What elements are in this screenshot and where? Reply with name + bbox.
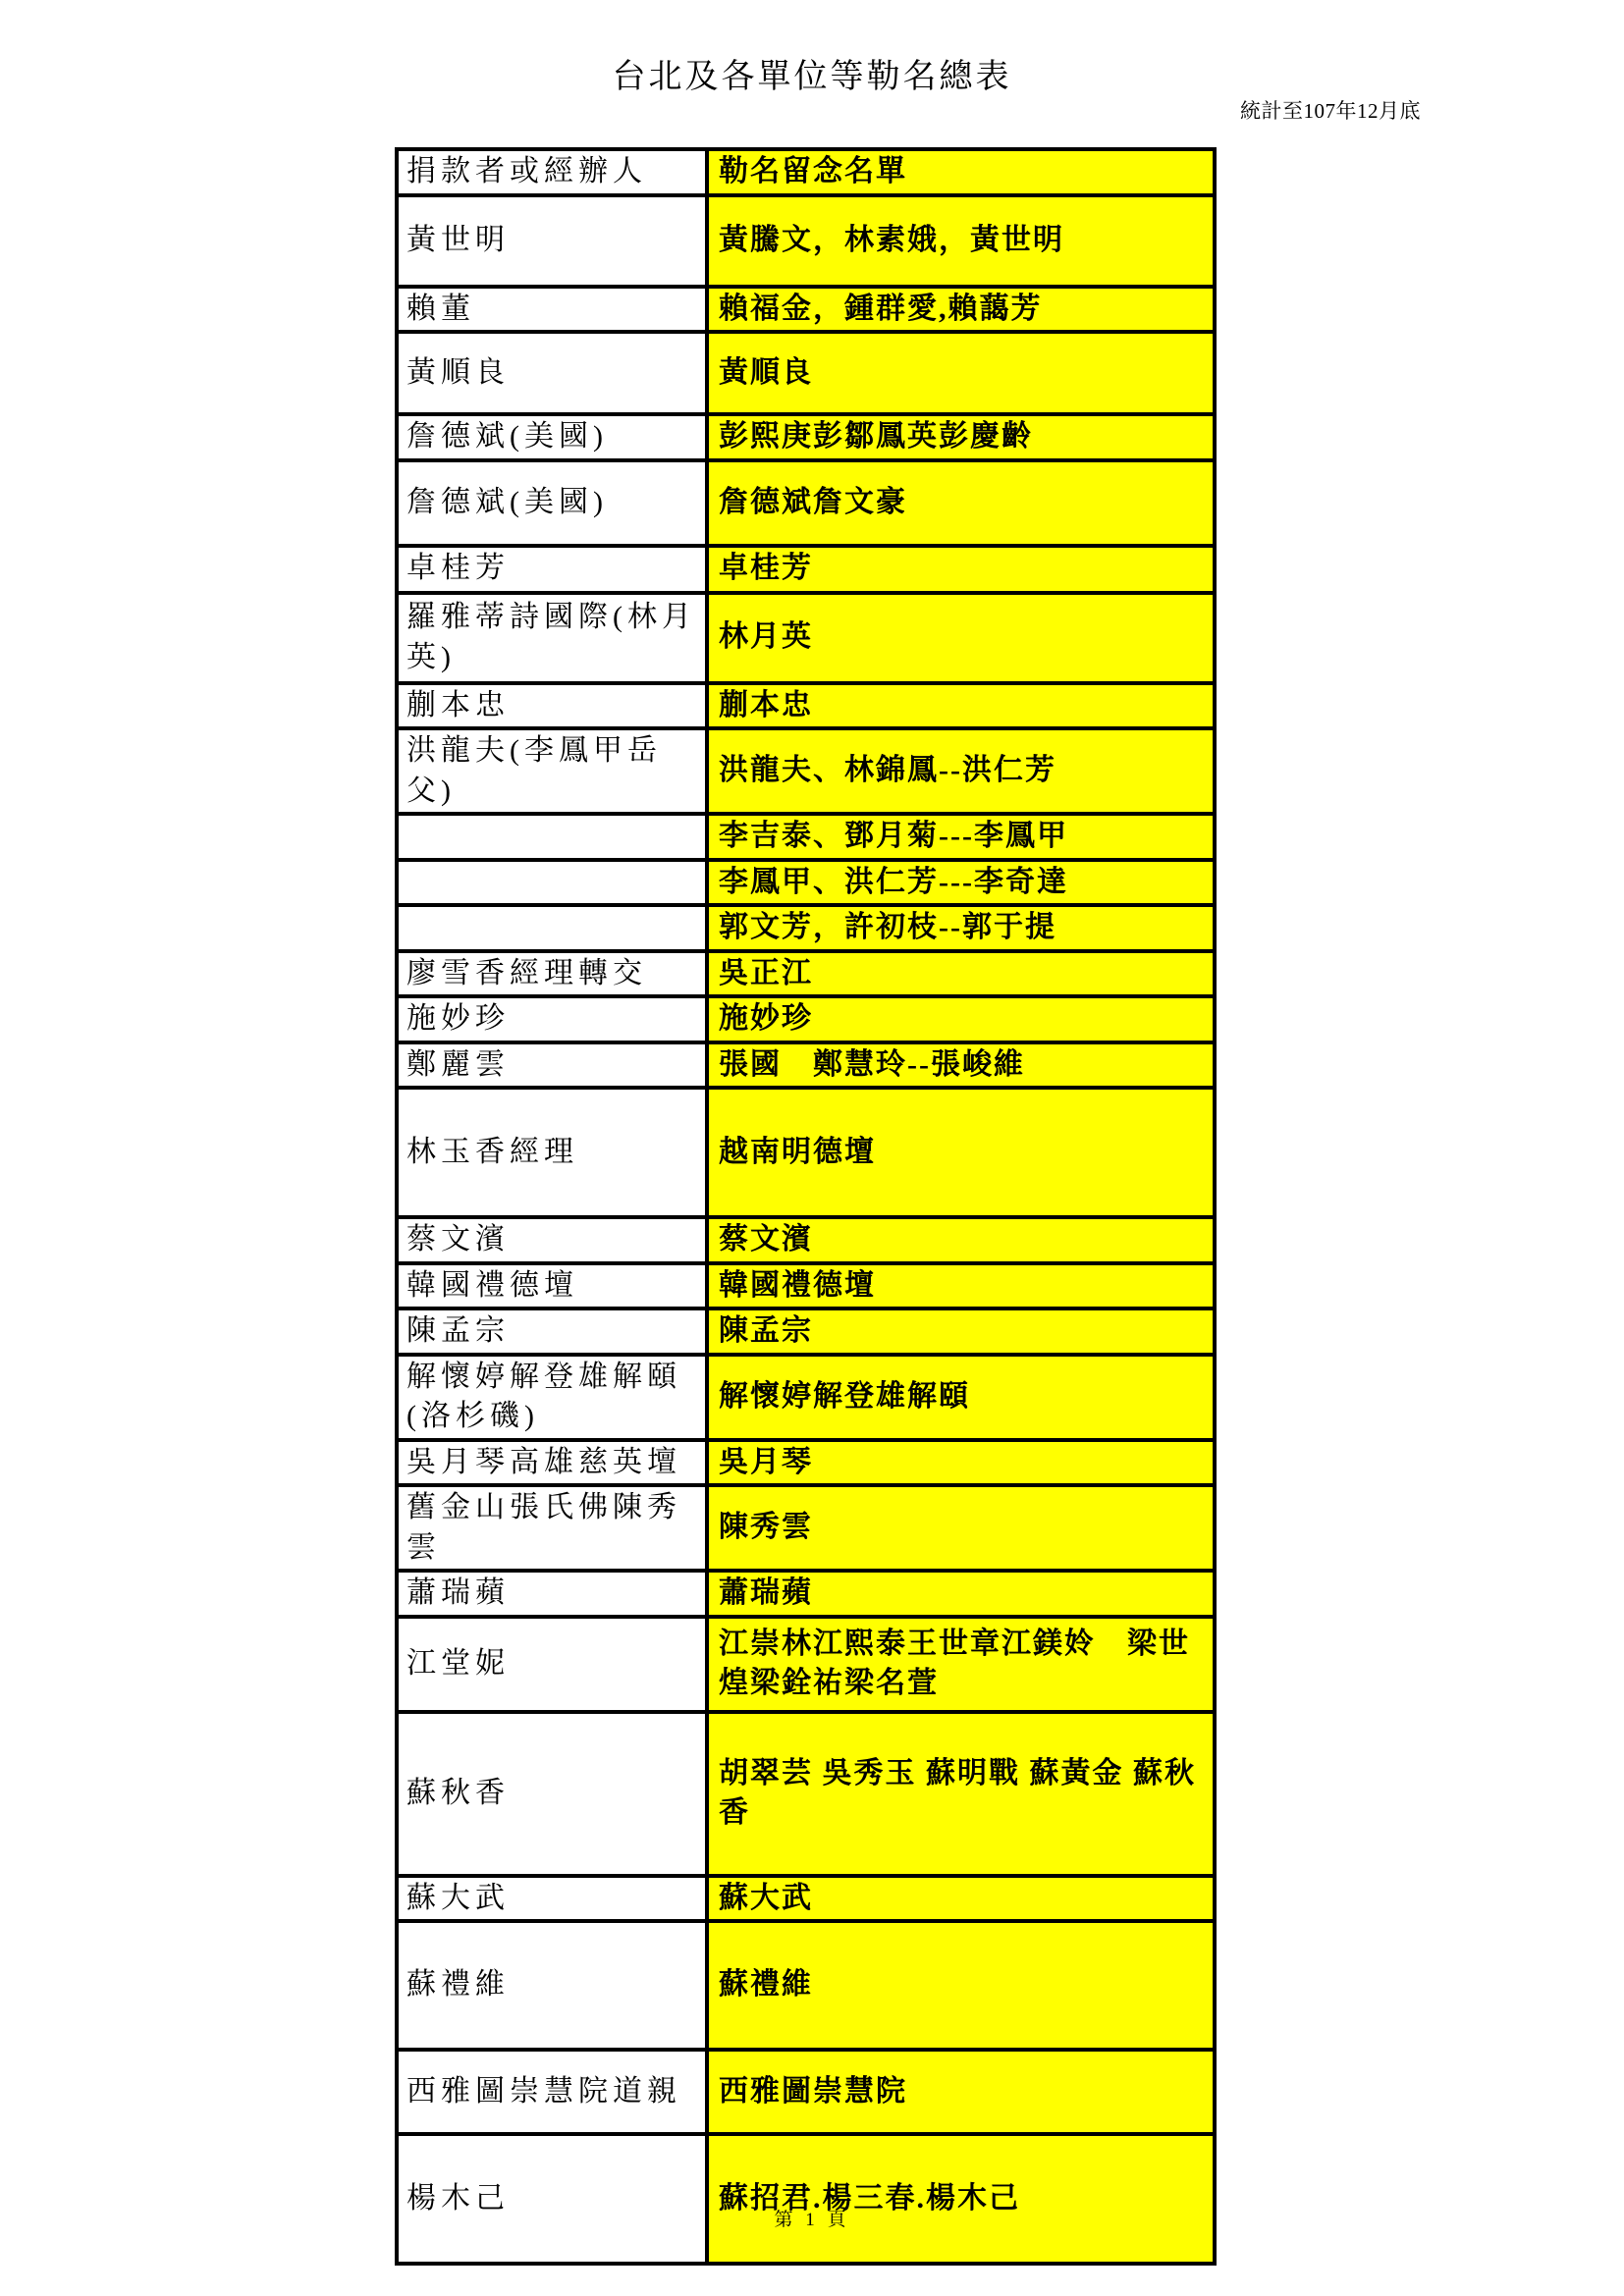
table-row: 吳月琴高雄慈英壇吳月琴 bbox=[397, 1440, 1215, 1486]
names-cell: 越南明德壇 bbox=[707, 1088, 1215, 1217]
donor-cell: 蘇禮維 bbox=[397, 1921, 707, 2050]
donor-cell: 吳月琴高雄慈英壇 bbox=[397, 1440, 707, 1486]
names-cell: 蘇大武 bbox=[707, 1876, 1215, 1922]
names-cell: 張國 鄭慧玲--張峻維 bbox=[707, 1042, 1215, 1089]
names-column-header: 勒名留念名單 bbox=[707, 149, 1215, 195]
donor-cell: 江堂妮 bbox=[397, 1617, 707, 1712]
table-row: 蕭瑞蘋蕭瑞蘋 bbox=[397, 1571, 1215, 1617]
donor-names-table: 捐款者或經辦人 勒名留念名單 黃世明黃騰文，林素娥，黃世明賴董賴福金，鍾群愛,賴… bbox=[395, 147, 1217, 2266]
names-cell: 賴福金，鍾群愛,賴藹芳 bbox=[707, 287, 1215, 333]
donor-cell: 黃順良 bbox=[397, 332, 707, 414]
table-row: 陳孟宗陳孟宗 bbox=[397, 1308, 1215, 1355]
stats-date-note: 統計至107年12月底 bbox=[1240, 95, 1421, 125]
table-row: 洪龍夫(李鳳甲岳父)洪龍夫、林錦鳳--洪仁芳 bbox=[397, 728, 1215, 814]
table-row: 西雅圖崇慧院道親西雅圖崇慧院 bbox=[397, 2050, 1215, 2134]
donor-cell bbox=[397, 814, 707, 860]
donor-cell: 舊金山張氏佛陳秀雲 bbox=[397, 1485, 707, 1571]
table-row: 廖雪香經理轉交吳正江 bbox=[397, 951, 1215, 997]
table-row: 林玉香經理越南明德壇 bbox=[397, 1088, 1215, 1217]
names-cell: 詹德斌詹文豪 bbox=[707, 460, 1215, 546]
table-row: 蘇禮維蘇禮維 bbox=[397, 1921, 1215, 2050]
names-cell: 吳正江 bbox=[707, 951, 1215, 997]
names-cell: 郭文芳，許初枝--郭于提 bbox=[707, 905, 1215, 951]
table-row: 解懷婷解登雄解頤(洛杉磯)解懷婷解登雄解頤 bbox=[397, 1355, 1215, 1440]
table-row: 蒯本忠蒯本忠 bbox=[397, 683, 1215, 729]
donor-cell: 蕭瑞蘋 bbox=[397, 1571, 707, 1617]
donor-cell: 鄭麗雲 bbox=[397, 1042, 707, 1089]
table-row: 詹德斌(美國)詹德斌詹文豪 bbox=[397, 460, 1215, 546]
donor-cell: 韓國禮德壇 bbox=[397, 1263, 707, 1309]
table-row: 韓國禮德壇韓國禮德壇 bbox=[397, 1263, 1215, 1309]
table-row: 鄭麗雲張國 鄭慧玲--張峻維 bbox=[397, 1042, 1215, 1089]
table-row: 卓桂芳卓桂芳 bbox=[397, 546, 1215, 593]
table-row: 黃順良黃順良 bbox=[397, 332, 1215, 414]
names-cell: 蒯本忠 bbox=[707, 683, 1215, 729]
donor-cell: 解懷婷解登雄解頤(洛杉磯) bbox=[397, 1355, 707, 1440]
names-cell: 韓國禮德壇 bbox=[707, 1263, 1215, 1309]
table-row: 羅雅蒂詩國際(林月英)林月英 bbox=[397, 593, 1215, 683]
donor-cell: 蔡文濱 bbox=[397, 1217, 707, 1263]
donor-cell: 陳孟宗 bbox=[397, 1308, 707, 1355]
names-cell: 陳孟宗 bbox=[707, 1308, 1215, 1355]
names-cell: 蘇禮維 bbox=[707, 1921, 1215, 2050]
donor-cell bbox=[397, 905, 707, 951]
donor-cell: 施妙珍 bbox=[397, 996, 707, 1042]
table-row: 舊金山張氏佛陳秀雲陳秀雲 bbox=[397, 1485, 1215, 1571]
table-row: 黃世明黃騰文，林素娥，黃世明 bbox=[397, 195, 1215, 287]
document-page: { "page": { "title": "台北及各單位等勒名總表", "sta… bbox=[0, 0, 1624, 2296]
table-row: 施妙珍施妙珍 bbox=[397, 996, 1215, 1042]
names-cell: 胡翠芸 吳秀玉 蘇明戰 蘇黃金 蘇秋香 bbox=[707, 1712, 1215, 1876]
donor-cell: 林玉香經理 bbox=[397, 1088, 707, 1217]
page-number: 第 1 頁 bbox=[0, 2205, 1624, 2231]
donor-cell: 卓桂芳 bbox=[397, 546, 707, 593]
table-row: 蘇大武蘇大武 bbox=[397, 1876, 1215, 1922]
names-cell: 卓桂芳 bbox=[707, 546, 1215, 593]
donor-cell: 羅雅蒂詩國際(林月英) bbox=[397, 593, 707, 683]
names-cell: 洪龍夫、林錦鳳--洪仁芳 bbox=[707, 728, 1215, 814]
donor-column-header: 捐款者或經辦人 bbox=[397, 149, 707, 195]
table-row: 李鳳甲、洪仁芳---李奇達 bbox=[397, 860, 1215, 906]
donor-cell: 洪龍夫(李鳳甲岳父) bbox=[397, 728, 707, 814]
names-cell: 彭熙庚彭鄒鳳英彭慶齡 bbox=[707, 414, 1215, 460]
table-row: 賴董賴福金，鍾群愛,賴藹芳 bbox=[397, 287, 1215, 333]
table-row: 蔡文濱蔡文濱 bbox=[397, 1217, 1215, 1263]
donor-cell: 詹德斌(美國) bbox=[397, 460, 707, 546]
names-cell: 陳秀雲 bbox=[707, 1485, 1215, 1571]
table-row: 郭文芳，許初枝--郭于提 bbox=[397, 905, 1215, 951]
document-title: 台北及各單位等勒名總表 bbox=[0, 49, 1624, 97]
table-body: 黃世明黃騰文，林素娥，黃世明賴董賴福金，鍾群愛,賴藹芳黃順良黃順良詹德斌(美國)… bbox=[397, 195, 1215, 2265]
donor-cell bbox=[397, 860, 707, 906]
names-cell: 江崇林江熙泰王世章江鎂姈 梁世煌梁銓祐梁名萱 bbox=[707, 1617, 1215, 1712]
donor-cell: 黃世明 bbox=[397, 195, 707, 287]
donor-cell: 蘇大武 bbox=[397, 1876, 707, 1922]
donor-cell: 詹德斌(美國) bbox=[397, 414, 707, 460]
names-cell: 蔡文濱 bbox=[707, 1217, 1215, 1263]
names-cell: 李鳳甲、洪仁芳---李奇達 bbox=[707, 860, 1215, 906]
donor-cell: 廖雪香經理轉交 bbox=[397, 951, 707, 997]
donor-cell: 賴董 bbox=[397, 287, 707, 333]
names-cell: 吳月琴 bbox=[707, 1440, 1215, 1486]
table-row: 詹德斌(美國)彭熙庚彭鄒鳳英彭慶齡 bbox=[397, 414, 1215, 460]
donor-cell: 楊木己 bbox=[397, 2134, 707, 2264]
table-row: 楊木己蘇招君.楊三春.楊木己 bbox=[397, 2134, 1215, 2264]
table-row: 江堂妮江崇林江熙泰王世章江鎂姈 梁世煌梁銓祐梁名萱 bbox=[397, 1617, 1215, 1712]
table-row: 蘇秋香胡翠芸 吳秀玉 蘇明戰 蘇黃金 蘇秋香 bbox=[397, 1712, 1215, 1876]
donor-cell: 西雅圖崇慧院道親 bbox=[397, 2050, 707, 2134]
names-cell: 林月英 bbox=[707, 593, 1215, 683]
names-cell: 蕭瑞蘋 bbox=[707, 1571, 1215, 1617]
donor-cell: 蒯本忠 bbox=[397, 683, 707, 729]
names-cell: 蘇招君.楊三春.楊木己 bbox=[707, 2134, 1215, 2264]
names-cell: 解懷婷解登雄解頤 bbox=[707, 1355, 1215, 1440]
names-cell: 西雅圖崇慧院 bbox=[707, 2050, 1215, 2134]
names-cell: 黃順良 bbox=[707, 332, 1215, 414]
table-row: 李吉泰、鄧月菊---李鳳甲 bbox=[397, 814, 1215, 860]
names-cell: 施妙珍 bbox=[707, 996, 1215, 1042]
table-header-row: 捐款者或經辦人 勒名留念名單 bbox=[397, 149, 1215, 195]
names-cell: 李吉泰、鄧月菊---李鳳甲 bbox=[707, 814, 1215, 860]
donor-cell: 蘇秋香 bbox=[397, 1712, 707, 1876]
names-cell: 黃騰文，林素娥，黃世明 bbox=[707, 195, 1215, 287]
